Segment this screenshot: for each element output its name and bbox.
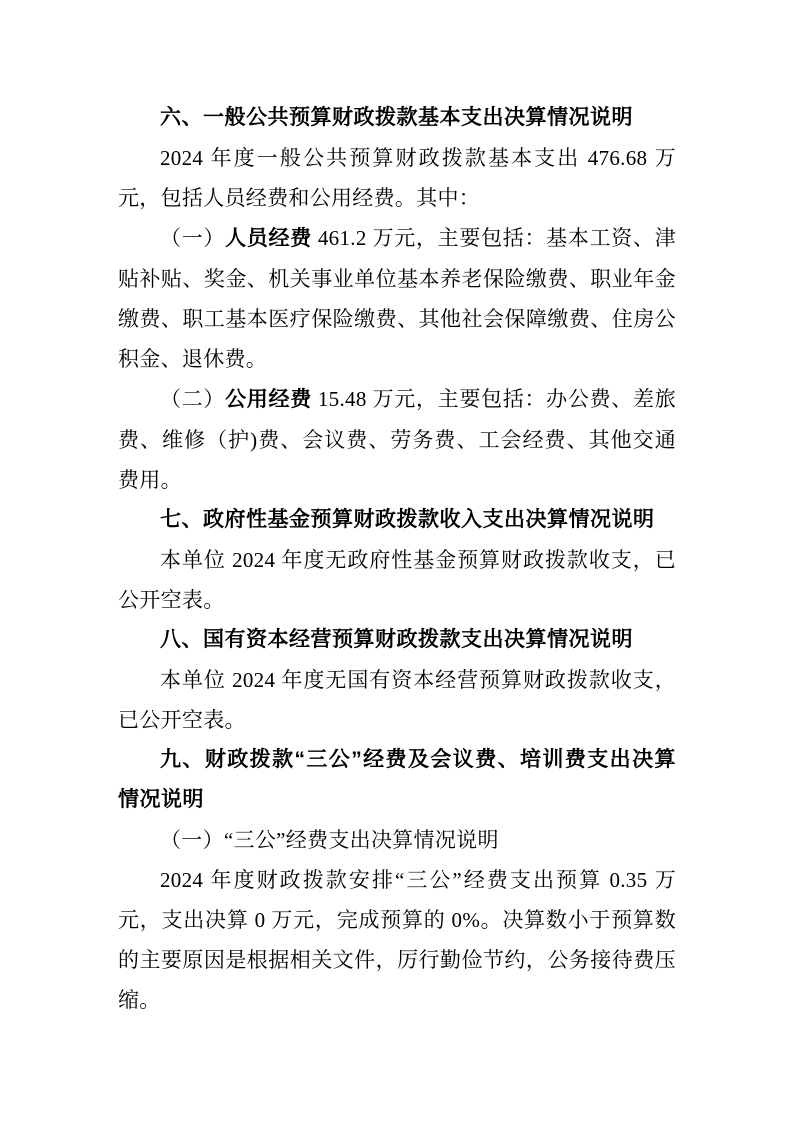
text-run: 本单位 2024 年度无国有资本经营预算财政拨款收支，已公开空表。 xyxy=(118,668,676,732)
section-heading: 八、国有资本经营预算财政拨款支出决算情况说明 xyxy=(118,620,676,660)
paragraph: 2024 年度一般公共预算财政拨款基本支出 476.68 万元，包括人员经费和公… xyxy=(118,138,676,218)
text-run: （一） xyxy=(160,226,225,250)
bold-text-run: 七、政府性基金预算财政拨款收入支出决算情况说明 xyxy=(160,508,655,531)
bold-text-run: 九、财政拨款“三公”经费及会议费、培训费支出决算情况说明 xyxy=(118,748,676,811)
paragraph: （二）公用经费 15.48 万元，主要包括：办公费、差旅费、维修（护)费、会议费… xyxy=(118,379,676,500)
paragraph: （一）人员经费 461.2 万元，主要包括：基本工资、津贴补贴、奖金、机关事业单… xyxy=(118,218,676,379)
paragraph: 本单位 2024 年度无政府性基金预算财政拨款收支，已公开空表。 xyxy=(118,540,676,620)
text-run: 本单位 2024 年度无政府性基金预算财政拨款收支，已公开空表。 xyxy=(118,548,676,612)
text-run: 2024 年度财政拨款安排“三公”经费支出预算 0.35 万元，支出决算 0 万… xyxy=(118,868,676,1012)
bold-text-run: 人员经费 xyxy=(225,227,312,250)
text-run: （一）“三公”经费支出决算情况说明 xyxy=(160,828,499,852)
text-run: （二） xyxy=(160,387,225,411)
paragraph: 本单位 2024 年度无国有资本经营预算财政拨款收支，已公开空表。 xyxy=(118,660,676,740)
document-body: 六、一般公共预算财政拨款基本支出决算情况说明2024 年度一般公共预算财政拨款基… xyxy=(118,98,676,1020)
section-heading: 七、政府性基金预算财政拨款收入支出决算情况说明 xyxy=(118,500,676,540)
paragraph: 2024 年度财政拨款安排“三公”经费支出预算 0.35 万元，支出决算 0 万… xyxy=(118,860,676,1020)
document-page: 六、一般公共预算财政拨款基本支出决算情况说明2024 年度一般公共预算财政拨款基… xyxy=(0,0,793,1122)
section-heading: 九、财政拨款“三公”经费及会议费、培训费支出决算情况说明 xyxy=(118,740,676,820)
section-heading: 六、一般公共预算财政拨款基本支出决算情况说明 xyxy=(118,98,676,138)
text-run: 2024 年度一般公共预算财政拨款基本支出 476.68 万元，包括人员经费和公… xyxy=(118,146,676,210)
bold-text-run: 六、一般公共预算财政拨款基本支出决算情况说明 xyxy=(160,106,633,129)
sub-heading: （一）“三公”经费支出决算情况说明 xyxy=(118,820,676,860)
bold-text-run: 公用经费 xyxy=(225,388,312,411)
bold-text-run: 八、国有资本经营预算财政拨款支出决算情况说明 xyxy=(160,628,633,651)
